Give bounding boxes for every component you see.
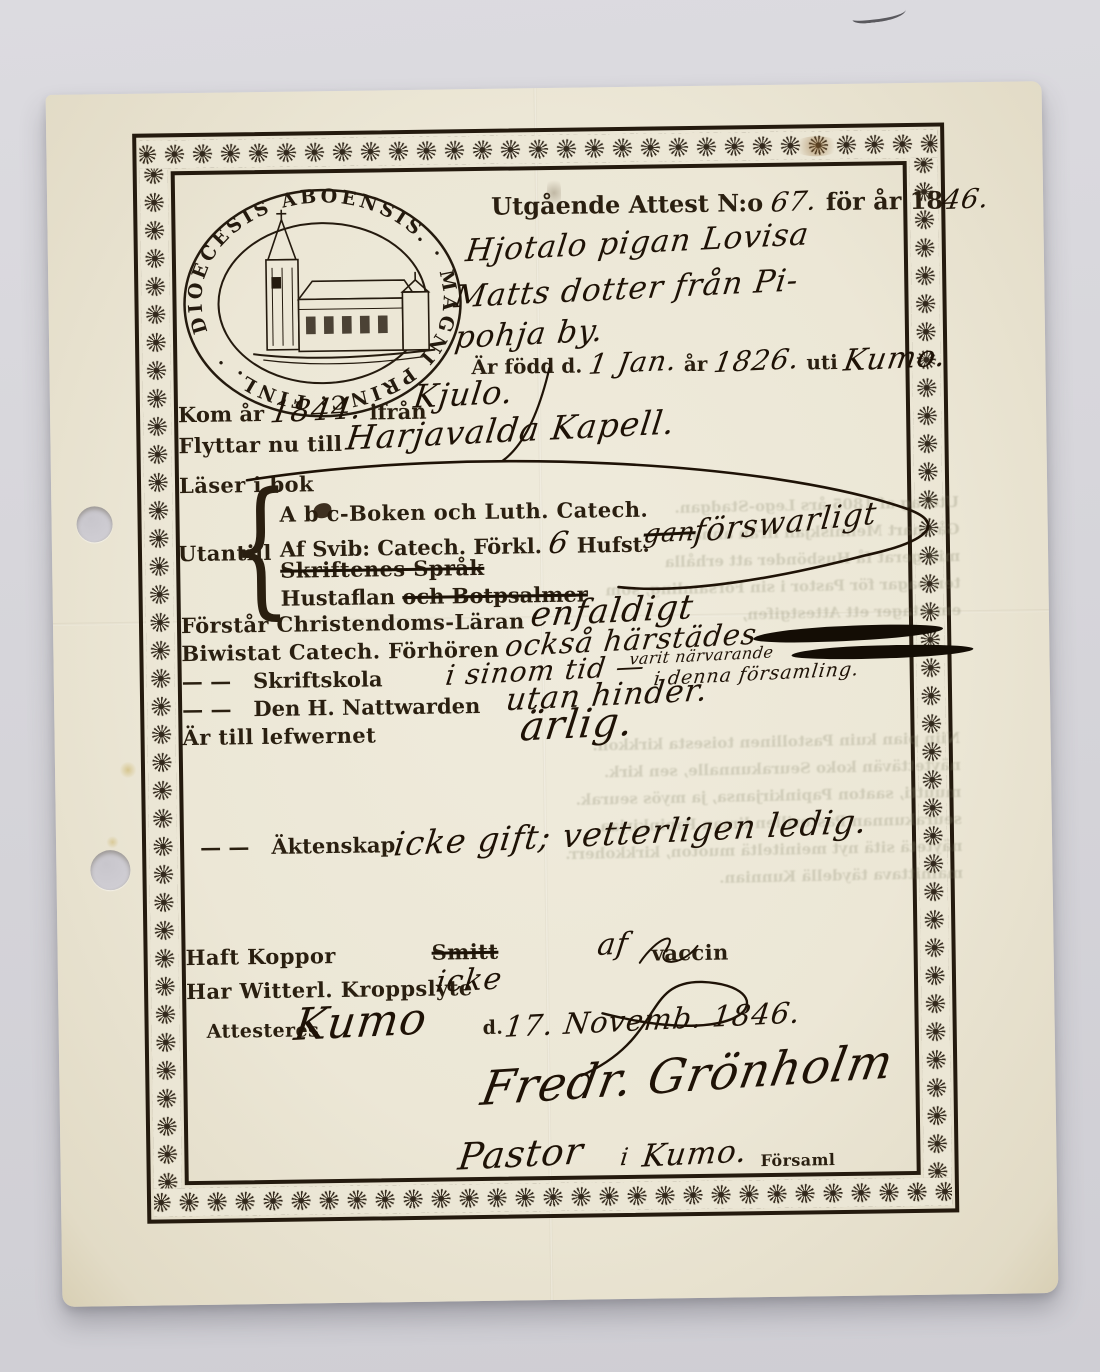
stain bbox=[106, 836, 119, 848]
certificate-paper: Utdrag af 1805 års Lego-Stadgan.Gå snart… bbox=[46, 81, 1059, 1307]
background-scratch-mark bbox=[851, 3, 906, 25]
stain bbox=[547, 176, 561, 210]
ink-flourishes bbox=[46, 81, 1059, 1307]
photograph-background: Utdrag af 1805 års Lego-Stadgan.Gå snart… bbox=[0, 0, 1100, 1372]
